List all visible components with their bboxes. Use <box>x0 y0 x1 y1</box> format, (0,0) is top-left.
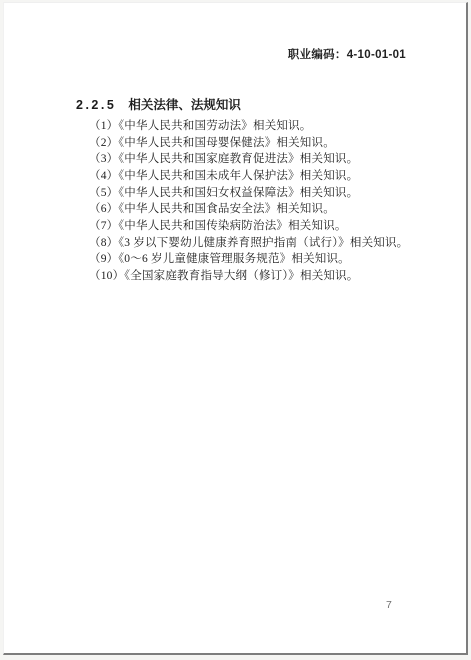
law-knowledge-list: （1）《中华人民共和国劳动法》相关知识。 （2）《中华人民共和国母婴保健法》相关… <box>89 118 430 285</box>
list-item: （3）《中华人民共和国家庭教育促进法》相关知识。 <box>89 151 430 168</box>
document-canvas: 职业编码：4-10-01-01 2.2.5相关法律、法规知识 （1）《中华人民共… <box>0 0 471 660</box>
section-title: 相关法律、法规知识 <box>128 98 241 112</box>
list-item: （6）《中华人民共和国食品安全法》相关知识。 <box>89 201 430 218</box>
list-item: （7）《中华人民共和国传染病防治法》相关知识。 <box>89 218 430 235</box>
occupation-code-label: 职业编码： <box>288 49 347 61</box>
list-item: （4）《中华人民共和国未成年人保护法》相关知识。 <box>89 168 430 185</box>
page-number: 7 <box>386 599 392 611</box>
section-heading: 2.2.5相关法律、法规知识 <box>76 95 241 113</box>
list-item: （1）《中华人民共和国劳动法》相关知识。 <box>89 118 430 135</box>
list-item: （5）《中华人民共和国妇女权益保障法》相关知识。 <box>89 185 430 202</box>
document-page: 职业编码：4-10-01-01 2.2.5相关法律、法规知识 （1）《中华人民共… <box>3 2 468 655</box>
occupation-code: 职业编码：4-10-01-01 <box>288 46 406 62</box>
list-item: （10）《全国家庭教育指导大纲（修订）》相关知识。 <box>89 268 430 285</box>
list-item: （9）《0～6 岁儿童健康管理服务规范》相关知识。 <box>89 251 430 268</box>
list-item: （2）《中华人民共和国母婴保健法》相关知识。 <box>89 135 430 152</box>
section-number: 2.2.5 <box>76 98 116 112</box>
occupation-code-value: 4-10-01-01 <box>347 49 406 61</box>
list-item: （8）《3 岁以下婴幼儿健康养育照护指南（试行）》相关知识。 <box>89 235 430 252</box>
